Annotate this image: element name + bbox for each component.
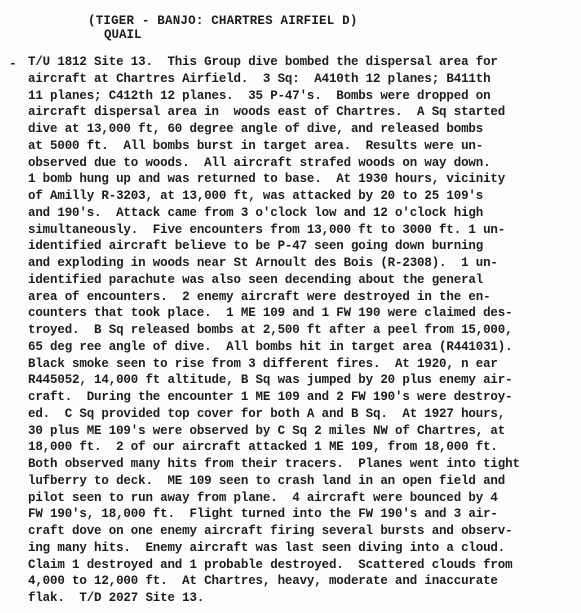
document-subtitle: QUAIL [104, 28, 142, 42]
typewritten-report-page: (TIGER - BANJO: CHARTRES AIRFIEL D) QUAI… [0, 0, 581, 613]
report-line: troyed. B Sq released bombs at 2,500 ft … [28, 322, 573, 339]
report-line: 65 deg ree angle of dive. All bombs hit … [28, 339, 573, 356]
report-line: craft dove on one enemy aircraft firing … [28, 523, 573, 540]
report-line: pilot seen to run away from plane. 4 air… [28, 490, 573, 507]
report-line: flak. T/D 2027 Site 13. [28, 590, 573, 607]
bullet-mark: - [9, 56, 17, 71]
report-line: at 5000 ft. All bombs burst in target ar… [28, 138, 573, 155]
report-line: T/U 1812 Site 13. This Group dive bombed… [28, 54, 573, 71]
report-line: aircraft dispersal area in woods east of… [28, 104, 573, 121]
report-line: R445052, 14,000 ft altitude, B Sq was ju… [28, 372, 573, 389]
report-line: identified aircraft believe to be P-47 s… [28, 238, 573, 255]
report-line: and exploding in woods near St Arnoult d… [28, 255, 573, 272]
document-title: (TIGER - BANJO: CHARTRES AIRFIEL D) [88, 14, 358, 28]
report-line: aircraft at Chartres Airfield. 3 Sq: A41… [28, 71, 573, 88]
report-line: Claim 1 destroyed and 1 probable destroy… [28, 557, 573, 574]
report-line: Black smoke seen to rise from 3 differen… [28, 356, 573, 373]
report-line: counters that took place. 1 ME 109 and 1… [28, 305, 573, 322]
report-line: FW 190's, 18,000 ft. Flight turned into … [28, 506, 573, 523]
report-line: Both observed many hits from their trace… [28, 456, 573, 473]
report-line: lufberry to deck. ME 109 seen to crash l… [28, 473, 573, 490]
report-line: ing many hits. Enemy aircraft was last s… [28, 540, 573, 557]
report-line: ed. C Sq provided top cover for both A a… [28, 406, 573, 423]
report-line: of Amilly R-3203, at 13,000 ft, was atta… [28, 188, 573, 205]
report-line: area of encounters. 2 enemy aircraft wer… [28, 289, 573, 306]
report-line: and 190's. Attack came from 3 o'clock lo… [28, 205, 573, 222]
report-line: 11 planes; C412th 12 planes. 35 P-47's. … [28, 88, 573, 105]
report-line: craft. During the encounter 1 ME 109 and… [28, 389, 573, 406]
report-line: 18,000 ft. 2 of our aircraft attacked 1 … [28, 439, 573, 456]
report-line: 30 plus ME 109's were observed by C Sq 2… [28, 423, 573, 440]
report-line: 4,000 to 12,000 ft. At Chartres, heavy, … [28, 573, 573, 590]
report-line: simultaneously. Five encounters from 13,… [28, 222, 573, 239]
report-line: 1 bomb hung up and was returned to base.… [28, 171, 573, 188]
report-line: observed due to woods. All aircraft stra… [28, 155, 573, 172]
report-line: dive at 13,000 ft, 60 degree angle of di… [28, 121, 573, 138]
report-line: identified parachute was also seen decen… [28, 272, 573, 289]
report-body: T/U 1812 Site 13. This Group dive bombed… [28, 54, 578, 607]
